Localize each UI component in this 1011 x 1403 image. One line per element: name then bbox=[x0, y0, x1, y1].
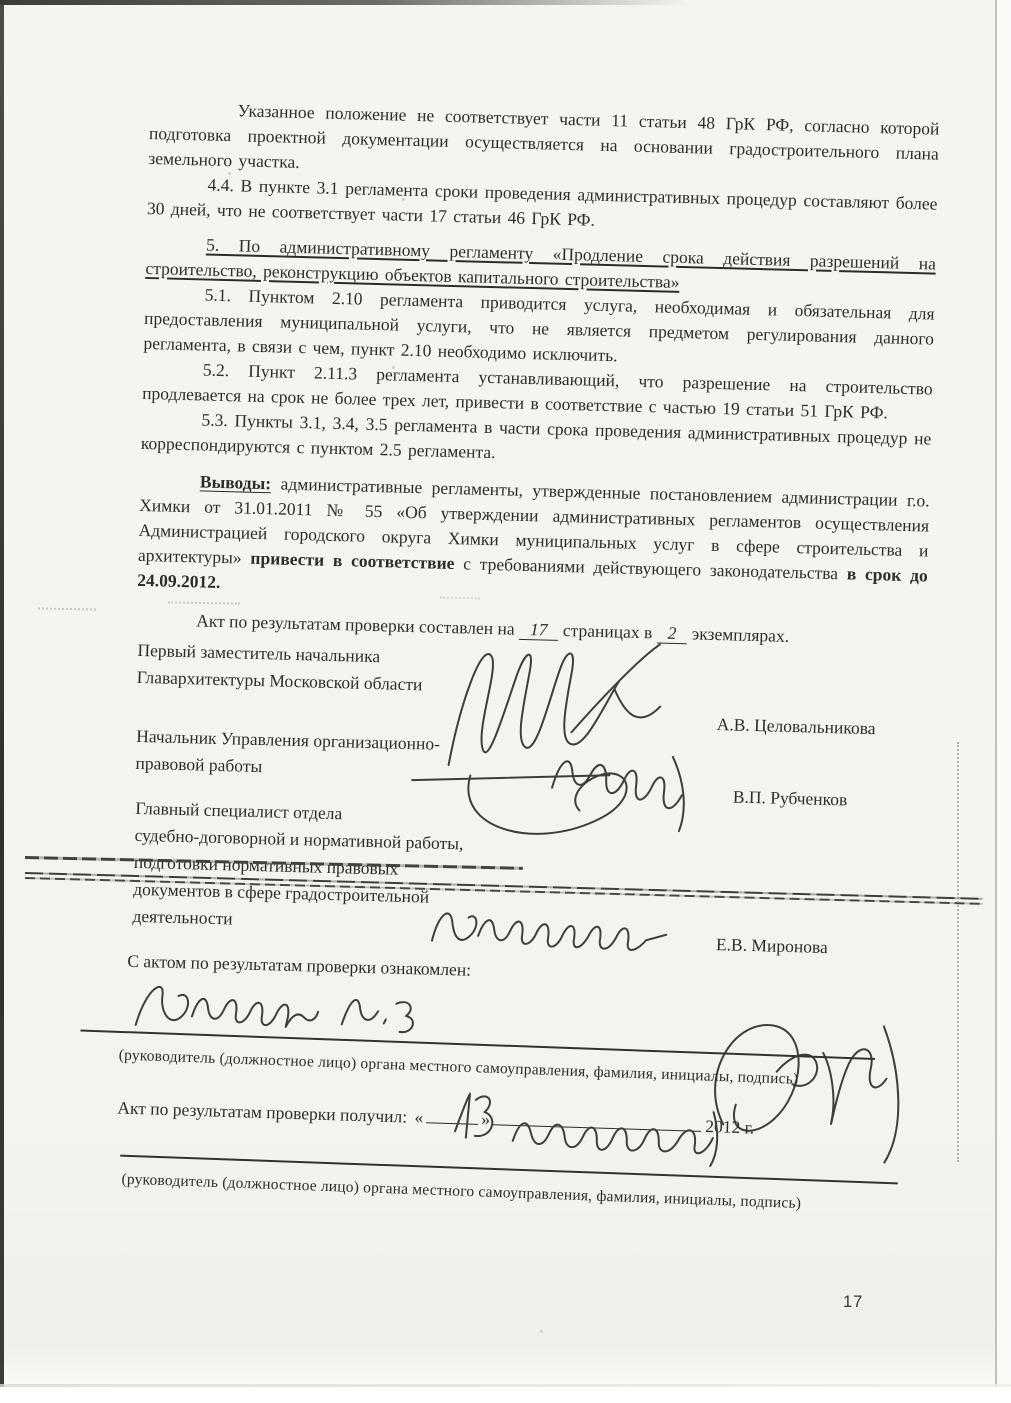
receipt-label: Акт по результатам проверки получил: bbox=[117, 1097, 407, 1126]
conclusions-text-middle: с требованиями действующего законодатель… bbox=[463, 553, 838, 583]
scan-right-strip bbox=[997, 0, 1011, 1403]
conclusions-bold-phrase: привести в соответствие bbox=[250, 548, 455, 573]
scan-speck bbox=[228, 172, 231, 175]
page-number: 17 bbox=[843, 1293, 863, 1312]
signatory-1-title: Первый заместитель начальника Главархите… bbox=[136, 637, 423, 698]
signatory-1-name: А.В. Целовальникова bbox=[716, 712, 875, 741]
conclusions-paragraph: Выводы: административные регламенты, утв… bbox=[137, 468, 930, 614]
act-summary-suffix: экземплярах. bbox=[692, 623, 790, 646]
scan-speck bbox=[402, 198, 405, 201]
scan-left-edge bbox=[0, 0, 4, 1392]
handwritten-month bbox=[506, 1095, 736, 1171]
document-body: Указанное положение не соответствует час… bbox=[119, 96, 940, 1295]
signatory-2-title: Начальник Управления организационно- пра… bbox=[135, 723, 440, 785]
signature-section: Акт по результатам проверки составлен на… bbox=[119, 607, 926, 1295]
scan-speck bbox=[264, 444, 267, 447]
scan-bottom-edge bbox=[0, 1387, 1011, 1403]
signatory-3-name: Е.В. Миронова bbox=[716, 932, 828, 960]
scan-right-edge-line bbox=[995, 0, 997, 1403]
scan-top-edge bbox=[0, 0, 690, 5]
scan-vertical-dotted-artifact bbox=[957, 742, 959, 1162]
receipt-caption: (руководитель (должностное лицо) органа … bbox=[121, 1167, 802, 1216]
scanned-page: Указанное положение не соответствует час… bbox=[0, 0, 1011, 1403]
open-quote: « bbox=[414, 1107, 423, 1127]
scan-speck bbox=[392, 366, 395, 369]
signatory-2-name: В.П. Рубченков bbox=[733, 785, 848, 813]
scan-dash-artifact bbox=[38, 607, 96, 610]
mironova-signature bbox=[426, 891, 688, 960]
handwritten-day bbox=[441, 1085, 498, 1148]
scan-speck bbox=[540, 1330, 543, 1333]
conclusions-label: Выводы: bbox=[200, 471, 272, 493]
